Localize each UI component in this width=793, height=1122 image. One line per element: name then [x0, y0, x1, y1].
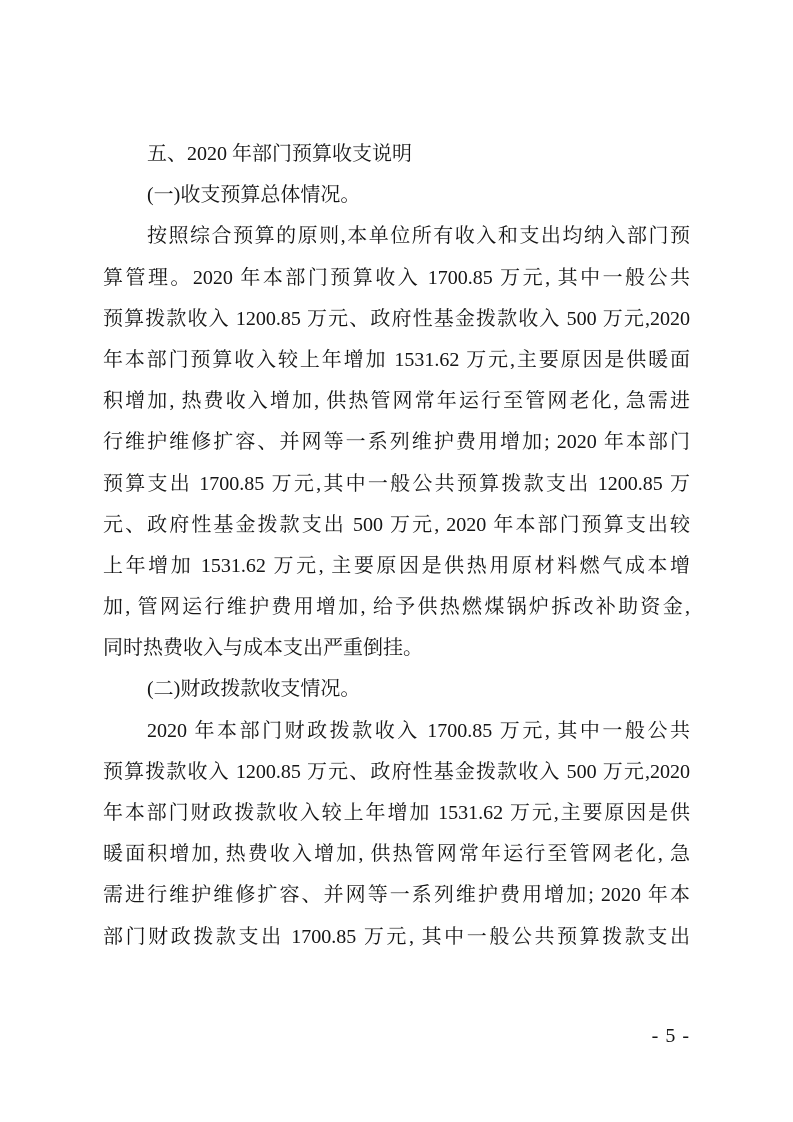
subsection-heading-line: (二)财政拨款收支情况。	[103, 669, 690, 710]
subsection-heading-line: (一)收支预算总体情况。	[103, 175, 690, 216]
body-text-line: 按照综合预算的原则,本单位所有收入和支出均纳入部门预	[103, 216, 690, 257]
document-body: 五、2020 年部门预算收支说明(一)收支预算总体情况。按照综合预算的原则,本单…	[103, 134, 690, 958]
body-text-line: 需进行维护维修扩容、并网等一系列维护费用增加; 2020 年本	[103, 875, 690, 916]
body-text-line: 预算支出 1700.85 万元,其中一般公共预算拨款支出 1200.85 万	[103, 464, 690, 505]
section-heading-line: 五、2020 年部门预算收支说明	[103, 134, 690, 175]
body-text-line: 同时热费收入与成本支出严重倒挂。	[103, 628, 690, 669]
body-text-line: 元、政府性基金拨款支出 500 万元, 2020 年本部门预算支出较	[103, 505, 690, 546]
body-text-line: 上年增加 1531.62 万元, 主要原因是供热用原材料燃气成本增	[103, 546, 690, 587]
document-page: 五、2020 年部门预算收支说明(一)收支预算总体情况。按照综合预算的原则,本单…	[0, 0, 793, 1122]
body-text-line: 暖面积增加, 热费收入增加, 供热管网常年运行至管网老化, 急	[103, 834, 690, 875]
body-text-line: 2020 年本部门财政拨款收入 1700.85 万元, 其中一般公共	[103, 711, 690, 752]
page-number: - 5 -	[652, 1024, 690, 1048]
body-text-line: 积增加, 热费收入增加, 供热管网常年运行至管网老化, 急需进	[103, 381, 690, 422]
body-text-line: 加, 管网运行维护费用增加, 给予供热燃煤锅炉拆改补助资金,	[103, 587, 690, 628]
body-text-line: 部门财政拨款支出 1700.85 万元, 其中一般公共预算拨款支出	[103, 917, 690, 958]
body-text-line: 年本部门预算收入较上年增加 1531.62 万元,主要原因是供暖面	[103, 340, 690, 381]
body-text-line: 预算拨款收入 1200.85 万元、政府性基金拨款收入 500 万元,2020	[103, 752, 690, 793]
body-text-line: 年本部门财政拨款收入较上年增加 1531.62 万元,主要原因是供	[103, 793, 690, 834]
body-text-line: 行维护维修扩容、并网等一系列维护费用增加; 2020 年本部门	[103, 422, 690, 463]
body-text-line: 算管理。2020 年本部门预算收入 1700.85 万元, 其中一般公共	[103, 258, 690, 299]
body-text-line: 预算拨款收入 1200.85 万元、政府性基金拨款收入 500 万元,2020	[103, 299, 690, 340]
